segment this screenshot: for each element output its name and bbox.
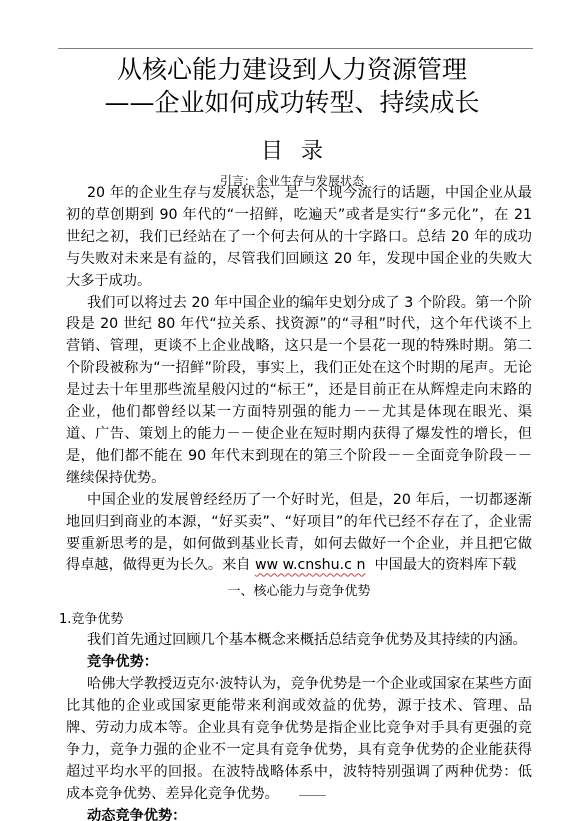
document-subtitle: ——企业如何成功转型、持续成长 xyxy=(0,88,584,118)
paragraph-intro-1: 20 年的企业生存与发展状态，是一个现今流行的话题，中国企业从最初的草创期到 9… xyxy=(66,183,532,293)
header-rule xyxy=(58,48,533,49)
section-heading-1: 一、核心能力与竞争优势 xyxy=(66,580,532,604)
paragraph-intro-3: 中国企业的发展曾经经历了一个好时光，但是，20 年后，一切都逐渐地回归到商业的本… xyxy=(66,490,532,578)
subsection-heading-1: 1.竞争优势 xyxy=(59,610,532,630)
subsection-intro: 我们首先通过回顾几个基本概念来概括总结竞争优势及其持续的内涵。 xyxy=(66,630,532,652)
paragraph-intro-3-suffix: 中国最大的资料库下载 xyxy=(365,557,516,573)
document-title: 从核心能力建设到人力资源管理 xyxy=(0,55,584,85)
term-competitive-advantage: 竞争优势： xyxy=(66,652,532,674)
document-body: 20 年的企业生存与发展状态，是一个现今流行的话题，中国企业从最初的草创期到 9… xyxy=(66,183,532,821)
term-competitive-advantage-body: 哈佛大学教授迈克尔·波特认为，竞争优势是一个企业或国家在某些方面比其他的企业或国… xyxy=(66,674,532,805)
term-dynamic-competitive-advantage: 动态竞争优势： xyxy=(66,806,532,821)
toc-heading: 目录 xyxy=(0,139,584,165)
source-link[interactable]: ww w.cnshu.c n xyxy=(255,557,366,573)
footer-rule xyxy=(299,795,326,796)
paragraph-intro-2: 我们可以将过去 20 年中国企业的编年史划分成了 3 个阶段。第一个阶段是 20… xyxy=(66,293,532,490)
